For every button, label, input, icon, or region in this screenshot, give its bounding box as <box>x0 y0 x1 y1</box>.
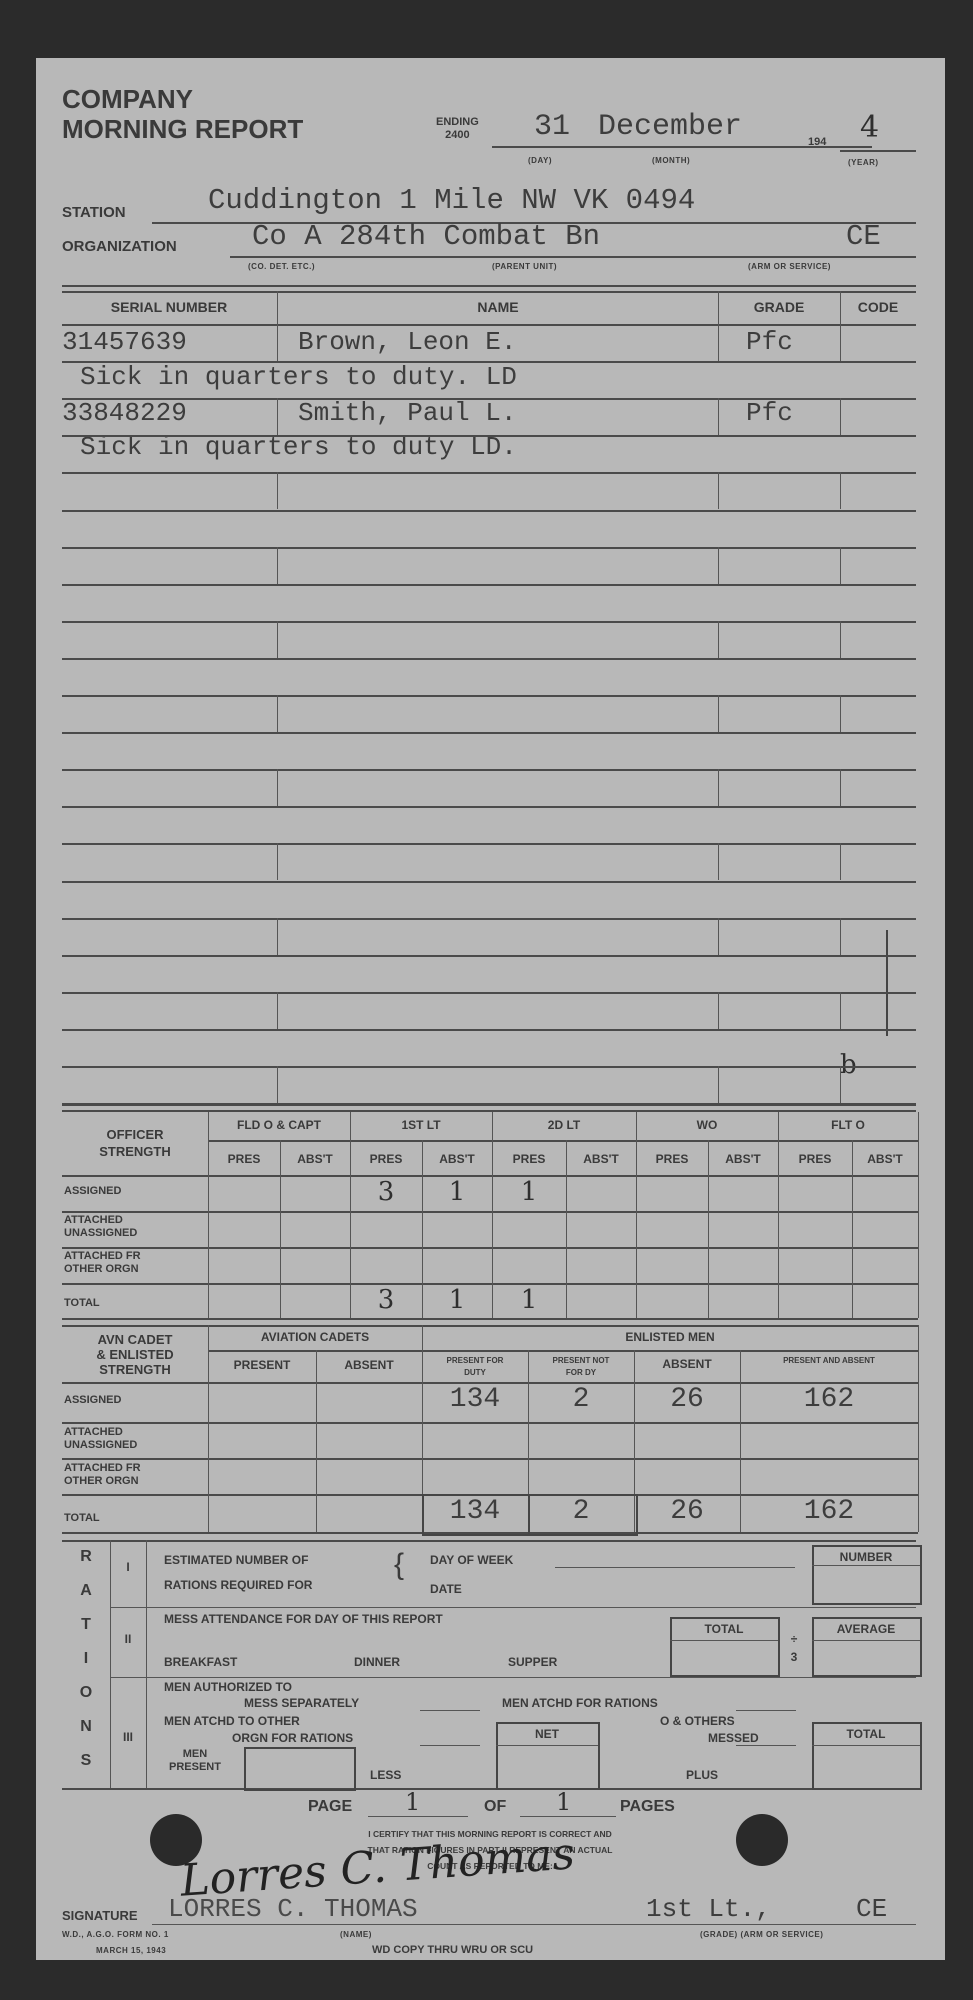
roster-row-line <box>62 769 916 771</box>
form-title: COMPANY MORNING REPORT <box>62 84 303 144</box>
col-divider <box>718 1066 719 1103</box>
enlisted-strength-title: AVN CADET & ENLISTED STRENGTH <box>62 1332 208 1377</box>
row-label-2: OTHER ORGN <box>64 1475 141 1488</box>
officer-col-divider <box>852 1140 853 1318</box>
plus-label: PLUS <box>686 1768 718 1782</box>
col-divider <box>718 695 719 732</box>
pencil-mark: b <box>840 1050 857 1080</box>
signer-service: CE <box>856 1894 887 1924</box>
officer-strength-cell: 3 <box>350 1177 422 1207</box>
page-label: PAGE <box>308 1798 352 1816</box>
officer-strength-title-2: STRENGTH <box>62 1143 208 1160</box>
roster-row-line <box>62 621 916 623</box>
col-divider <box>718 398 719 435</box>
col-divider <box>277 547 278 584</box>
enlisted-col-header: PRESENT AND ABSENT <box>740 1355 918 1367</box>
officer-subcol-pres: PRES <box>208 1152 280 1166</box>
report-month: December <box>598 110 742 144</box>
roster-top-line-2 <box>62 291 916 293</box>
officer-row-line <box>62 1211 918 1213</box>
brace-icon: { <box>394 1548 404 1582</box>
officer-strength-cell: 1 <box>492 1177 566 1207</box>
sec1-num: I <box>110 1560 146 1574</box>
total3-label: TOTAL <box>812 1727 920 1741</box>
col-divider <box>840 918 841 955</box>
entry-name: Smith, Paul L. <box>298 398 516 428</box>
officer-group-header: FLT O <box>778 1118 918 1132</box>
officer-subcol-abst: ABS'T <box>566 1152 636 1166</box>
officer-strength-cell: 1 <box>422 1285 492 1315</box>
col-divider <box>840 472 841 509</box>
org-caption-arm: (ARM OR SERVICE) <box>748 262 831 271</box>
organization-label: ORGANIZATION <box>62 238 177 255</box>
officer-subcol-pres: PRES <box>636 1152 708 1166</box>
rations-divider-2 <box>146 1540 147 1788</box>
col-divider <box>840 324 841 361</box>
col-divider <box>840 695 841 732</box>
officer-group-header: FLD O & CAPT <box>208 1118 350 1132</box>
of-label: OF <box>484 1798 506 1816</box>
entry-serial: 33848229 <box>62 398 187 428</box>
officer-group-header: WO <box>636 1118 778 1132</box>
pages-label: PAGES <box>620 1798 675 1816</box>
col-divider <box>277 621 278 658</box>
roster-row-line <box>62 806 916 808</box>
roster-row-line <box>62 510 916 512</box>
men-auth-1: MEN AUTHORIZED TO <box>164 1680 292 1694</box>
o-others-1: O & OTHERS <box>660 1714 735 1728</box>
enlisted-row-label: ASSIGNED <box>64 1394 121 1407</box>
o-others-2: MESSED <box>708 1731 759 1745</box>
less-label: LESS <box>370 1768 401 1782</box>
typed-name: LORRES C. THOMAS <box>168 1894 418 1924</box>
roster-row-line <box>62 435 916 437</box>
dinner-label[interactable]: DINNER <box>354 1655 400 1669</box>
station-value: Cuddington 1 Mile NW VK 0494 <box>208 184 695 217</box>
enlisted-strength-cell: 2 <box>528 1384 634 1415</box>
roster-row-line <box>62 881 916 883</box>
enlisted-col-header: ABSENT <box>634 1358 740 1370</box>
rations-side-letter: R <box>62 1548 110 1566</box>
col-code: CODE <box>840 299 916 315</box>
enlisted-strength-cell: 26 <box>634 1496 740 1527</box>
org-caption-parent: (PARENT UNIT) <box>492 262 557 271</box>
officer-subcol-pres: PRES <box>492 1152 566 1166</box>
day-of-week-field[interactable] <box>555 1567 795 1568</box>
day-of-week-label: DAY OF WEEK <box>430 1553 513 1567</box>
rations-side-letter: T <box>62 1616 110 1634</box>
col-divider <box>840 621 841 658</box>
men-auth-field[interactable] <box>420 1710 480 1711</box>
rations-divider-1 <box>110 1540 111 1788</box>
rations-side-letter: O <box>62 1684 110 1702</box>
enlisted-group-line <box>208 1350 918 1352</box>
enlisted-col-divider <box>316 1350 317 1532</box>
col-divider <box>840 843 841 880</box>
sec2-num: II <box>110 1632 146 1646</box>
officer-group-header: 2D LT <box>492 1118 636 1132</box>
roster-header-line <box>62 324 916 326</box>
officer-row-label: TOTAL <box>64 1297 100 1310</box>
col-divider <box>718 547 719 584</box>
o-others-field[interactable] <box>736 1745 796 1746</box>
men-present-1: MEN <box>150 1748 240 1761</box>
row-label-1: ATTACHED FR <box>64 1462 141 1475</box>
entry-grade: Pfc <box>746 327 793 357</box>
officer-row-line <box>62 1247 918 1249</box>
col-grade: GRADE <box>718 299 840 315</box>
supper-label[interactable]: SUPPER <box>508 1655 557 1669</box>
enlisted-row-label: ATTACHED FROTHER ORGN <box>64 1462 141 1488</box>
roster-row-line <box>62 658 916 660</box>
men-atchd-rations: MEN ATCHD FOR RATIONS <box>502 1696 658 1710</box>
rations-sec2-line <box>110 1677 916 1678</box>
grade-caption: (GRADE) (ARM OR SERVICE) <box>700 1930 823 1939</box>
row-label-2: UNASSIGNED <box>64 1439 137 1452</box>
col-divider <box>718 992 719 1029</box>
men-present-box[interactable] <box>244 1747 356 1791</box>
men-present-2: PRESENT <box>150 1761 240 1774</box>
rations-side-letter: S <box>62 1752 110 1770</box>
row-label-1: ATTACHED <box>64 1214 137 1227</box>
divide-label: ÷ <box>780 1632 808 1646</box>
row-label-2: UNASSIGNED <box>64 1227 137 1240</box>
organization-value: Co A 284th Combat Bn <box>252 220 600 253</box>
roster-row-line <box>62 992 916 994</box>
roster-row-line <box>62 843 916 845</box>
men-atchd-other-field[interactable] <box>420 1745 480 1746</box>
roster-row-line <box>62 1066 916 1068</box>
form-id-2: MARCH 15, 1943 <box>96 1946 166 1955</box>
col-divider <box>718 769 719 806</box>
roster-row-line <box>62 1103 916 1105</box>
enlisted-row-label: TOTAL <box>64 1512 100 1525</box>
officer-col-divider <box>918 1112 919 1318</box>
entry-name: Brown, Leon E. <box>298 327 516 357</box>
row-label-1: TOTAL <box>64 1297 100 1310</box>
divide-by-label: 3 <box>780 1650 808 1664</box>
col-divider <box>840 992 841 1029</box>
col-divider <box>277 695 278 732</box>
men-present-label: MEN PRESENT <box>150 1748 240 1774</box>
entry-grade: Pfc <box>746 398 793 428</box>
col-divider <box>718 918 719 955</box>
officer-strength-cell: 1 <box>422 1177 492 1207</box>
col-divider <box>277 843 278 880</box>
roster-bottom-line-2 <box>62 1110 916 1112</box>
roster-row-line <box>62 955 916 957</box>
station-label: STATION <box>62 204 126 221</box>
net-label: NET <box>496 1727 598 1741</box>
entry-remark: Sick in quarters to duty. LD <box>80 362 517 392</box>
officer-row-line <box>62 1318 918 1320</box>
year-caption: (YEAR) <box>848 158 879 167</box>
total-label: TOTAL <box>670 1622 778 1636</box>
col-divider <box>718 324 719 361</box>
year-underline <box>840 150 916 152</box>
signer-grade: 1st Lt., <box>646 1894 771 1924</box>
row-label-2: OTHER ORGN <box>64 1263 141 1276</box>
month-caption: (MONTH) <box>652 156 690 165</box>
sec1-line1: ESTIMATED NUMBER OF <box>164 1553 308 1567</box>
officer-subcol-abst: ABS'T <box>280 1152 350 1166</box>
officer-subcol-abst: ABS'T <box>422 1152 492 1166</box>
roster-row-line <box>62 584 916 586</box>
name-caption: (NAME) <box>340 1930 372 1939</box>
col-divider <box>277 992 278 1029</box>
col-divider <box>718 472 719 509</box>
enlisted-strength-title-2: & ENLISTED <box>62 1347 208 1362</box>
col-divider <box>277 918 278 955</box>
group-aviation-cadets: AVIATION CADETS <box>208 1330 422 1344</box>
officer-row-label: ATTACHEDUNASSIGNED <box>64 1214 137 1240</box>
rations-side-letter: N <box>62 1718 110 1736</box>
row-label-1: ATTACHED FR <box>64 1250 141 1263</box>
rations-side-letter: A <box>62 1582 110 1600</box>
organization-underline <box>230 256 916 258</box>
punch-hole-right <box>736 1814 788 1866</box>
roster-row-line <box>62 472 916 474</box>
officer-group-header: 1ST LT <box>350 1118 492 1132</box>
officer-row-label: ASSIGNED <box>64 1185 121 1198</box>
officer-col-divider <box>566 1140 567 1318</box>
roster-top-line <box>62 285 916 287</box>
enlisted-row-label: ATTACHEDUNASSIGNED <box>64 1426 137 1452</box>
org-caption-co: (CO. DET. ETC.) <box>248 262 315 271</box>
ending-label: ENDING 2400 <box>436 116 479 142</box>
officer-strength-title: OFFICER STRENGTH <box>62 1126 208 1160</box>
col-divider <box>277 324 278 361</box>
signature-underline <box>152 1924 916 1925</box>
cadet-col-present: PRESENT <box>208 1358 316 1372</box>
breakfast-label[interactable]: BREAKFAST <box>164 1655 237 1669</box>
cadet-col-absent: ABSENT <box>316 1358 422 1372</box>
enlisted-row-line <box>62 1422 918 1424</box>
rations-bottom-line <box>62 1788 916 1790</box>
col-divider <box>277 1066 278 1103</box>
men-atchd-rations-field[interactable] <box>736 1710 796 1711</box>
enlisted-strength-cell: 162 <box>740 1496 918 1527</box>
net-box-line <box>496 1745 598 1746</box>
sec3-num: III <box>110 1730 146 1744</box>
col-divider <box>277 472 278 509</box>
col-divider <box>718 291 719 324</box>
officer-col-divider <box>778 1112 779 1318</box>
report-year: 4 <box>860 110 879 145</box>
col-divider <box>718 621 719 658</box>
roster-row-line <box>62 361 916 363</box>
ending-label-1: ENDING <box>436 116 479 129</box>
page-num: 1 <box>405 1788 420 1816</box>
report-day: 31 <box>534 110 570 144</box>
enlisted-strength-cell: 26 <box>634 1384 740 1415</box>
officer-subcol-pres: PRES <box>778 1152 852 1166</box>
col-divider <box>277 398 278 435</box>
date-label: DATE <box>430 1582 462 1596</box>
form-id-1: W.D., A.G.O. FORM NO. 1 <box>62 1930 169 1939</box>
enlisted-col-header: PRESENT NOT FOR DY <box>528 1355 634 1379</box>
officer-subcol-abst: ABS'T <box>852 1152 918 1166</box>
page-total: 1 <box>556 1788 571 1816</box>
roster-row-line <box>62 1029 916 1031</box>
col-divider <box>840 769 841 806</box>
col-divider <box>840 398 841 435</box>
enlisted-strength-cell: 162 <box>740 1384 918 1415</box>
entry-serial: 31457639 <box>62 327 187 357</box>
col-divider <box>718 843 719 880</box>
men-atchd-other-2: ORGN FOR RATIONS <box>232 1731 353 1745</box>
ending-label-2: 2400 <box>436 129 479 142</box>
number-box-line <box>812 1565 920 1566</box>
officer-strength-cell: 1 <box>492 1285 566 1315</box>
enlisted-top-line <box>62 1325 918 1327</box>
arm-or-service-value: CE <box>846 220 881 253</box>
number-label: NUMBER <box>812 1550 920 1564</box>
enlisted-col-header: PRESENT FOR DUTY <box>422 1355 528 1379</box>
col-divider <box>840 547 841 584</box>
officer-strength-title-1: OFFICER <box>62 1126 208 1143</box>
roster-row-line <box>62 547 916 549</box>
enlisted-col-divider <box>918 1325 919 1532</box>
total-box-divider <box>528 1494 530 1534</box>
col-divider <box>840 1066 841 1103</box>
enlisted-col-divider <box>208 1325 209 1532</box>
roster-row-line <box>62 918 916 920</box>
row-label-1: ATTACHED <box>64 1426 137 1439</box>
officer-col-divider <box>636 1112 637 1318</box>
officer-col-divider <box>208 1112 209 1318</box>
average-label: AVERAGE <box>812 1622 920 1636</box>
col-divider <box>277 769 278 806</box>
copy-note: WD COPY THRU WRU OR SCU <box>372 1944 533 1956</box>
total-box-line <box>670 1640 778 1641</box>
officer-col-divider <box>708 1140 709 1318</box>
officer-subcol-abst: ABS'T <box>708 1152 778 1166</box>
enlisted-row-line <box>62 1458 918 1460</box>
enlisted-strength-title-3: STRENGTH <box>62 1362 208 1377</box>
men-auth-2: MESS SEPARATELY <box>244 1696 359 1710</box>
group-enlisted-men: ENLISTED MEN <box>422 1330 918 1344</box>
enlisted-strength-cell: 134 <box>422 1384 528 1415</box>
rations-sec1-line <box>110 1607 916 1608</box>
roster-row-line <box>62 732 916 734</box>
day-caption: (DAY) <box>528 156 552 165</box>
row-label-1: ASSIGNED <box>64 1185 121 1198</box>
page-total-field <box>520 1816 616 1817</box>
total3-box-line <box>812 1745 920 1746</box>
page-num-field <box>368 1816 468 1817</box>
form-title-line1: COMPANY <box>62 84 303 114</box>
rations-top-line <box>62 1540 916 1542</box>
sec1-line2: RATIONS REQUIRED FOR <box>164 1578 312 1592</box>
col-name: NAME <box>278 299 718 315</box>
pencil-mark-line <box>886 930 888 1036</box>
men-atchd-other-1: MEN ATCHD TO OTHER <box>164 1714 300 1728</box>
officer-subcol-pres: PRES <box>350 1152 422 1166</box>
sec2-title: MESS ATTENDANCE FOR DAY OF THIS REPORT <box>164 1612 443 1626</box>
officer-row-label: ATTACHED FROTHER ORGN <box>64 1250 141 1276</box>
officer-col-divider <box>280 1140 281 1318</box>
officer-group-line <box>208 1140 918 1142</box>
signature-label: SIGNATURE <box>62 1908 138 1923</box>
roster-row-line <box>62 695 916 697</box>
row-label-1: TOTAL <box>64 1512 100 1525</box>
average-box-line <box>812 1640 920 1641</box>
row-label-1: ASSIGNED <box>64 1394 121 1407</box>
col-serial-number: SERIAL NUMBER <box>62 299 276 315</box>
enlisted-strength-title-1: AVN CADET <box>62 1332 208 1347</box>
rations-side-letter: I <box>62 1650 110 1668</box>
col-divider <box>277 291 278 324</box>
roster-row-line <box>62 398 916 400</box>
form-title-line2: MORNING REPORT <box>62 114 303 144</box>
total-present-box <box>422 1494 638 1536</box>
year-prefix: 194 <box>808 136 826 148</box>
officer-strength-cell: 3 <box>350 1285 422 1315</box>
col-divider <box>840 291 841 324</box>
